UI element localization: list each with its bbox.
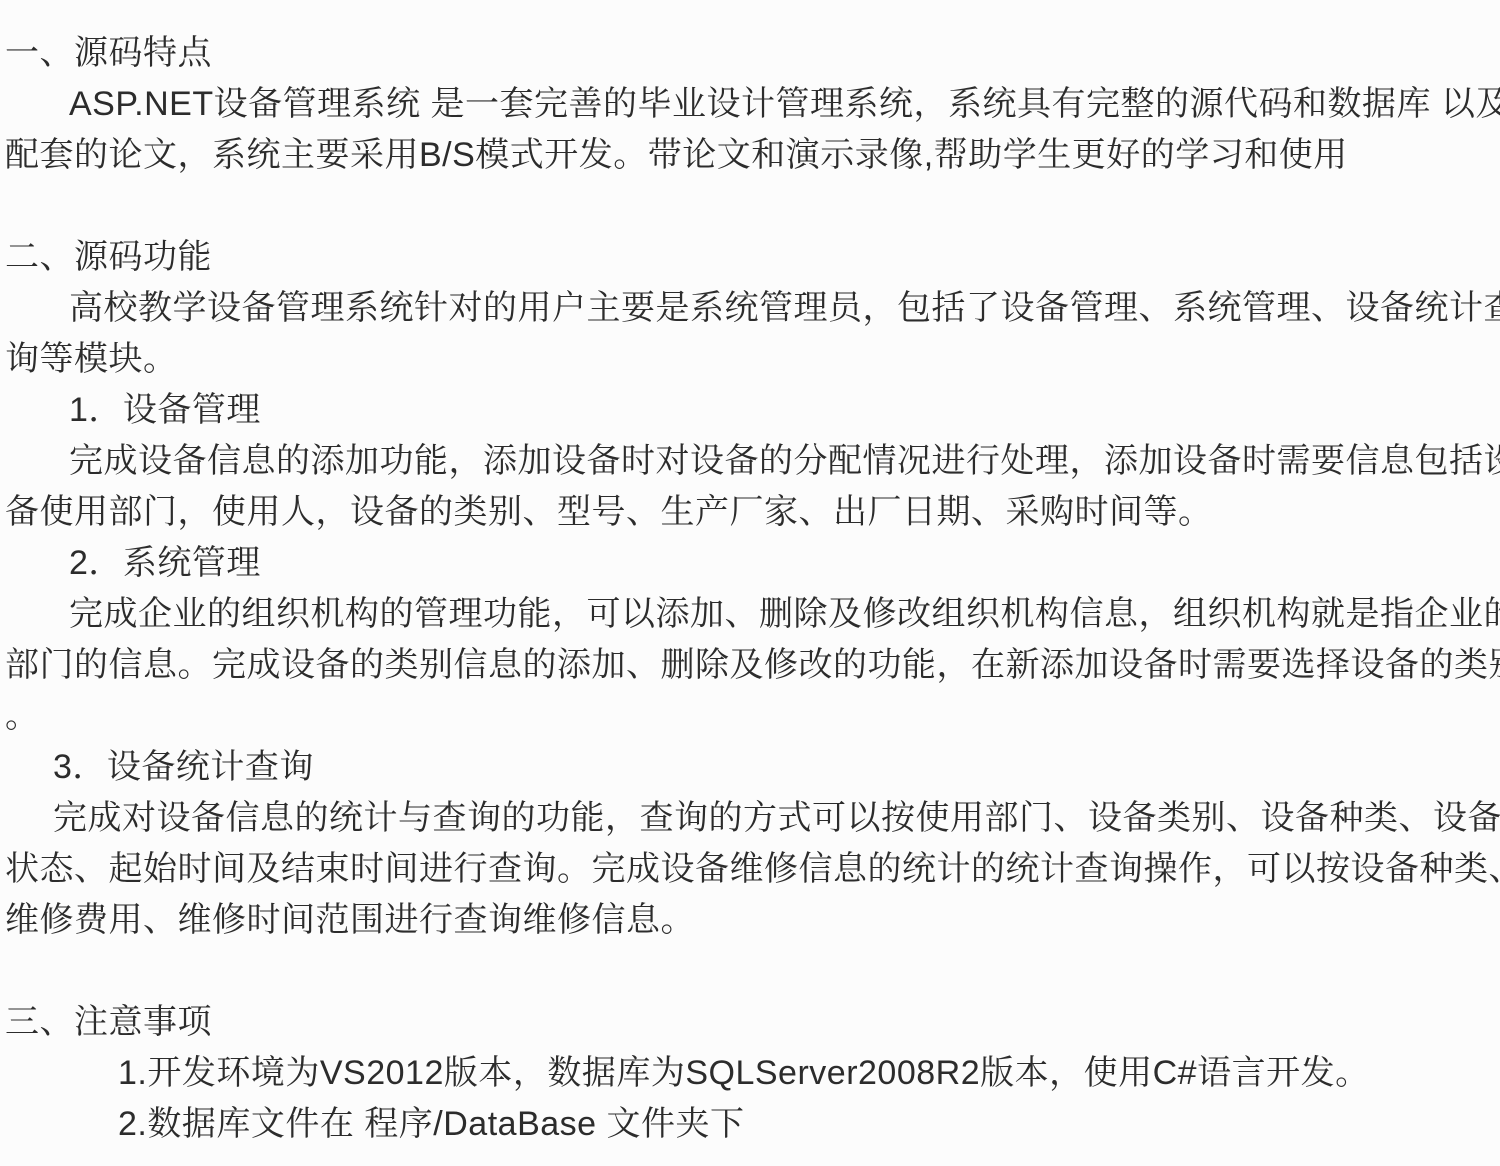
section-2-paragraph-line: 高校教学设备管理系统针对的用户主要是系统管理员，包括了设备管理、系统管理、设备统… (5, 283, 1496, 334)
note-line: 2.数据库文件在 程序/DataBase 文件夹下 (5, 1099, 1496, 1150)
blank-line (5, 946, 1496, 997)
subsection-1-paragraph-line: 完成设备信息的添加功能，添加设备时对设备的分配情况进行处理，添加设备时需要信息包… (5, 436, 1496, 487)
note-line: 1.开发环境为VS2012版本，数据库为SQLServer2008R2版本，使用… (5, 1048, 1496, 1099)
blank-line (5, 181, 1496, 232)
subsection-3-paragraph-line: 状态、起始时间及结束时间进行查询。完成设备维修信息的统计的统计查询操作，可以按设… (5, 844, 1496, 895)
document-page: 一、源码特点 ASP.NET设备管理系统 是一套完善的毕业设计管理系统，系统具有… (0, 0, 1500, 1166)
section-3-heading: 三、注意事项 (5, 997, 1496, 1048)
subsection-2-paragraph-line: 。 (5, 691, 1496, 742)
section-2-heading: 二、源码功能 (5, 232, 1496, 283)
subsection-3-paragraph-line: 完成对设备信息的统计与查询的功能，查询的方式可以按使用部门、设备类别、设备种类、… (5, 793, 1496, 844)
section-2-paragraph-line: 询等模块。 (5, 334, 1496, 385)
subsection-3-paragraph-line: 维修费用、维修时间范围进行查询维修信息。 (5, 895, 1496, 946)
subsection-2-paragraph-line: 完成企业的组织机构的管理功能，可以添加、删除及修改组织机构信息，组织机构就是指企… (5, 589, 1496, 640)
subsection-1-paragraph-line: 备使用部门，使用人，设备的类别、型号、生产厂家、出厂日期、采购时间等。 (5, 487, 1496, 538)
section-1-heading: 一、源码特点 (5, 28, 1496, 79)
section-1-paragraph-line: ASP.NET设备管理系统 是一套完善的毕业设计管理系统，系统具有完整的源代码和… (5, 79, 1496, 130)
subsection-2-title: 2．系统管理 (5, 538, 1496, 589)
subsection-1-title: 1．设备管理 (5, 385, 1496, 436)
subsection-2-paragraph-line: 部门的信息。完成设备的类别信息的添加、删除及修改的功能，在新添加设备时需要选择设… (5, 640, 1496, 691)
section-1-paragraph-line: 配套的论文，系统主要采用B/S模式开发。带论文和演示录像,帮助学生更好的学习和使… (5, 130, 1496, 181)
subsection-3-title: 3．设备统计查询 (5, 742, 1496, 793)
